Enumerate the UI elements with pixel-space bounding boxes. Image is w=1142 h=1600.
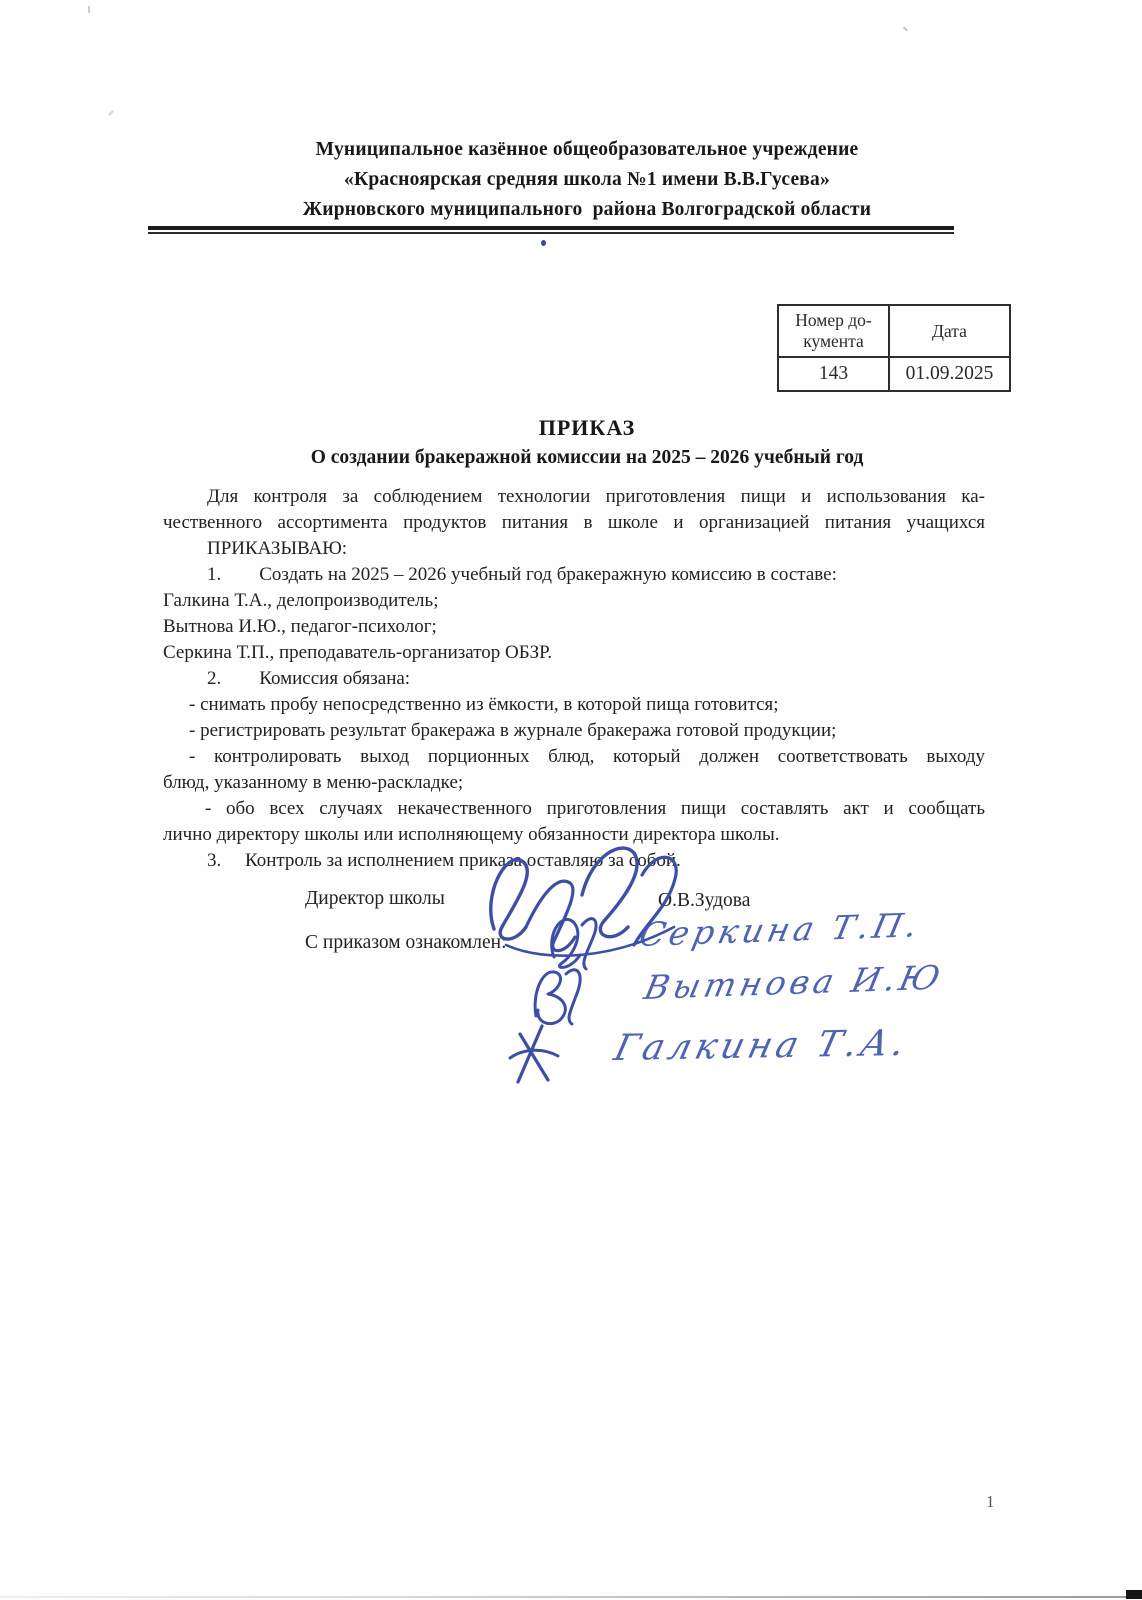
body-line: - обо всех случаях некачественного приго…: [163, 796, 985, 822]
org-name-line1: Муниципальное казённое общеобразовательн…: [32, 135, 1142, 165]
doc-date-value: 01.09.2025: [889, 357, 1010, 391]
scan-artifact: [88, 6, 90, 13]
body-line: Вытнова И.Ю., педагог-психолог;: [163, 614, 985, 640]
body-line: чественного ассортимента продуктов питан…: [163, 510, 985, 536]
body-line: - снимать пробу непосредственно из ёмкос…: [163, 692, 985, 718]
ack-name-3: Галкина Т.А.: [610, 1023, 912, 1069]
body-line: ПРИКАЗЫВАЮ:: [163, 536, 985, 562]
ink-dot: [541, 240, 546, 246]
body-line: - регистрировать результат бракеража в ж…: [163, 718, 985, 744]
doc-meta-table: Номер до- кумента Дата 143 01.09.2025: [777, 304, 1011, 392]
doc-number-value: 143: [778, 357, 889, 391]
scan-artifact: [903, 27, 908, 32]
body-line: блюд, указанному в меню-раскладке;: [163, 770, 985, 796]
scan-artifact: [108, 110, 114, 116]
doc-number-header: Номер до- кумента: [778, 305, 889, 357]
scan-corner-mark: [1126, 1590, 1142, 1599]
document-subtitle: О создании бракеражной комиссии на 2025 …: [32, 447, 1142, 469]
ack-name-2: Вытнова И.Ю: [641, 958, 948, 1007]
org-header: Муниципальное казённое общеобразовательн…: [32, 135, 1142, 225]
body-line: Серкина Т.П., преподаватель-организатор …: [163, 640, 985, 666]
page-number: 1: [986, 1492, 995, 1512]
ack-signature-ink-3: [504, 1018, 570, 1090]
scan-bottom-edge: [0, 1596, 1142, 1598]
body-line: Для контроля за соблюдением технологии п…: [163, 484, 985, 510]
body-line: - контролировать выход порционных блюд, …: [163, 744, 985, 770]
document-title: ПРИКАЗ: [32, 415, 1142, 441]
header-divider: [148, 226, 954, 234]
body-line: 2. Комиссия обязана:: [163, 666, 985, 692]
org-name-line2: «Красноярская средняя школа №1 имени В.В…: [32, 165, 1142, 195]
org-name-line3: Жирновского муниципального района Волгог…: [32, 195, 1142, 225]
body-line: 1. Создать на 2025 – 2026 учебный год бр…: [163, 562, 985, 588]
order-body: Для контроля за соблюдением технологии п…: [163, 484, 985, 874]
doc-date-header: Дата: [889, 305, 1010, 357]
body-line: Галкина Т.А., делопроизводитель;: [163, 588, 985, 614]
director-label: Директор школы: [305, 888, 445, 910]
document-page: Муниципальное казённое общеобразовательн…: [0, 0, 1142, 1600]
